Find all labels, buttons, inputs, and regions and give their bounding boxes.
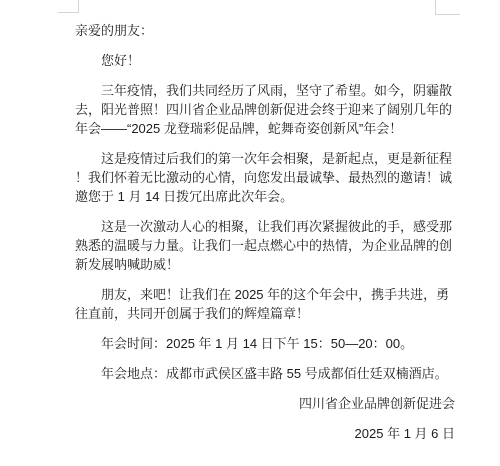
call-to-action-paragraph: 朋友，来吧！让我们在 2025 年的这个年会中，携手共进，勇 往直前，共同开创属… bbox=[75, 285, 455, 323]
invitation-paragraph: 这是疫情过后我们的第一次年会相聚，是新起点，更是新征程 ！我们怀着无比激动的心情… bbox=[75, 149, 455, 206]
letter-body: 亲爱的朋友： 您好！ 三年疫情，我们共同经历了风雨，坚守了希望。如今，阴霾散 去… bbox=[75, 21, 455, 454]
reunion-announcement-paragraph: 三年疫情，我们共同经历了风雨，坚守了希望。如今，阴霾散 去，阳光普照！四川省企业… bbox=[75, 81, 455, 138]
document-page: 亲爱的朋友： 您好！ 三年疫情，我们共同经历了风雨，坚守了希望。如今，阴霾散 去… bbox=[0, 0, 500, 466]
text-boundary-mark-top-right bbox=[435, 0, 460, 15]
signature: 四川省企业品牌创新促进会 bbox=[75, 394, 455, 413]
greeting-paragraph: 您好！ bbox=[75, 51, 455, 70]
meeting-time-line: 年会时间：2025 年 1 月 14 日下午 15：50—20：00。 bbox=[75, 334, 455, 353]
meeting-venue-line: 年会地点：成都市武侯区盛丰路 55 号成都佰仕廷双楠酒店。 bbox=[75, 364, 455, 383]
salutation: 亲爱的朋友： bbox=[75, 21, 455, 40]
text-boundary-mark-top-left bbox=[58, 0, 79, 13]
letter-date: 2025 年 1 月 6 日 bbox=[75, 424, 455, 443]
emotion-paragraph: 这是一次激动人心的相聚，让我们再次紧握彼此的手，感受那 熟悉的温暖与力量。让我们… bbox=[75, 217, 455, 274]
